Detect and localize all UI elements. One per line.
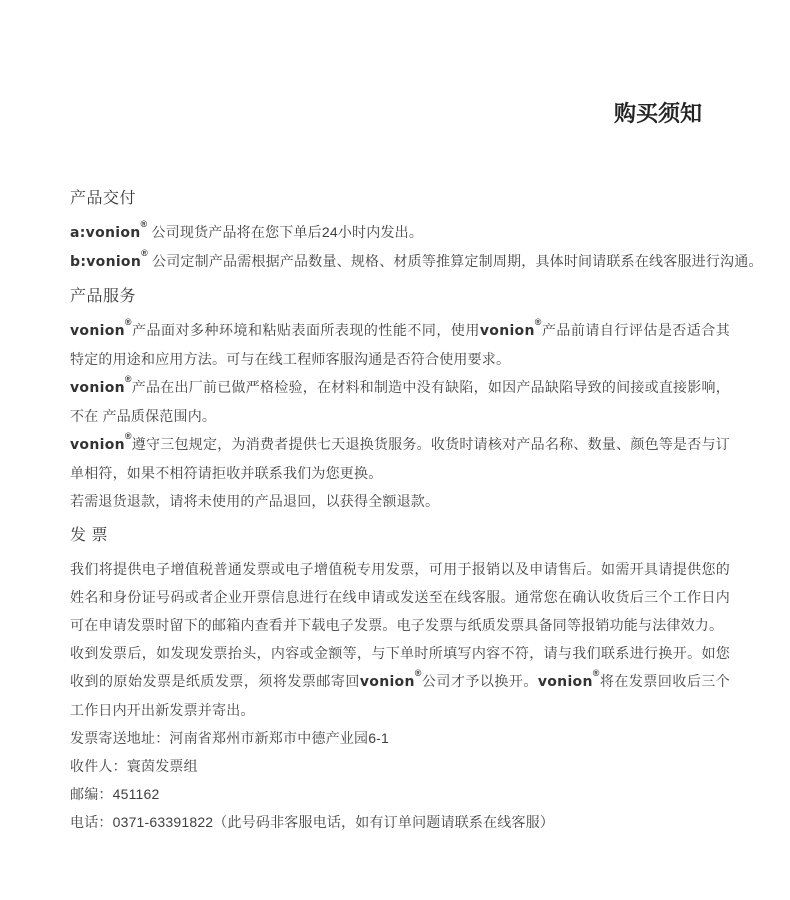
text-segment: 产品在出厂前已做严格检验，在材料和制造中没有缺陷，如因产品缺陷导致的间接或直接影… [70,379,730,424]
text-segment: 电话：0371-63391822（此号码非客服电话，如有订单问题请联系在线客服） [70,814,554,830]
brand-name: vonion [480,323,535,339]
brand-name: vonion [538,674,593,690]
registered-trademark-symbol: ® [535,317,542,327]
registered-trademark-symbol: ® [415,668,422,678]
purchase-notice-page: 购买须知 产品交付a:vonion® 公司现货产品将在您下单后24小时内发出。b… [0,0,790,900]
service-refund-note: 若需退货退款，请将未使用的产品退回，以获得全额退款。 [70,487,730,515]
service-quality-note: vonion®产品在出厂前已做严格检验，在材料和制造中没有缺陷，如因产品缺陷导致… [70,373,730,430]
brand-name: vonion [70,437,125,453]
text-segment: 若需退货退款，请将未使用的产品退回，以获得全额退款。 [70,493,439,509]
section-heading: 产品服务 [70,286,730,308]
section-heading: 发 票 [70,525,730,547]
brand-name: vonion [360,674,415,690]
brand-name: vonion [70,380,125,396]
text-segment: 邮编：451162 [70,786,159,802]
section-heading: 产品交付 [70,188,730,210]
brand-name: b:vonion [70,254,141,270]
brand-name: a:vonion [70,225,141,241]
registered-trademark-symbol: ® [125,374,132,384]
invoice-mailing-address: 发票寄送地址：河南省郑州市新郑市中德产业园6-1 [70,724,730,752]
text-segment: 遵守三包规定，为消费者提供七天退换货服务。收货时请核对产品名称、数量、颜色等是否… [70,436,730,481]
notice-content: 产品交付a:vonion® 公司现货产品将在您下单后24小时内发出。b:voni… [0,128,790,836]
registered-trademark-symbol: ® [141,219,148,229]
text-segment: 公司现货产品将在您下单后24小时内发出。 [147,224,423,240]
registered-trademark-symbol: ® [125,431,132,441]
text-segment: 我们将提供电子增值税普通发票或电子增值税专用发票，可用于报销以及申请售后。如需开… [70,561,730,633]
service-performance-note: vonion®产品面对多种环境和粘贴表面所表现的性能不同，使用vonion®产品… [70,316,730,373]
invoice-issuing-note: 我们将提供电子增值税普通发票或电子增值税专用发票，可用于报销以及申请售后。如需开… [70,555,730,639]
page-title: 购买须知 [0,0,790,128]
registered-trademark-symbol: ® [141,248,148,258]
text-segment: 公司定制产品需根据产品数量、规格、材质等推算定制周期，具体时间请联系在线客服进行… [148,253,763,269]
section-invoice: 发 票我们将提供电子增值税普通发票或电子增值税专用发票，可用于报销以及申请售后。… [70,525,730,836]
section-product-delivery: 产品交付a:vonion® 公司现货产品将在您下单后24小时内发出。b:voni… [70,188,730,276]
delivery-item-b: b:vonion® 公司定制产品需根据产品数量、规格、材质等推算定制周期，具体时… [70,247,730,276]
text-segment: 产品面对多种环境和粘贴表面所表现的性能不同，使用 [132,322,480,338]
text-segment: 收件人：寰茵发票组 [70,758,198,774]
text-segment: 发票寄送地址：河南省郑州市新郑市中德产业园6-1 [70,730,389,746]
registered-trademark-symbol: ® [125,317,132,327]
registered-trademark-symbol: ® [593,668,600,678]
invoice-recipient: 收件人：寰茵发票组 [70,752,730,780]
brand-name: vonion [70,323,125,339]
service-return-policy: vonion®遵守三包规定，为消费者提供七天退换货服务。收货时请核对产品名称、数… [70,430,730,487]
postal-code: 邮编：451162 [70,780,730,808]
invoice-exchange-note: 收到发票后，如发现发票抬头，内容或金额等，与下单时所填写内容不符，请与我们联系进… [70,639,730,724]
delivery-item-a: a:vonion® 公司现货产品将在您下单后24小时内发出。 [70,218,730,247]
phone-number: 电话：0371-63391822（此号码非客服电话，如有订单问题请联系在线客服） [70,808,730,836]
text-segment: 公司才予以换开。 [422,673,538,689]
section-product-service: 产品服务vonion®产品面对多种环境和粘贴表面所表现的性能不同，使用vonio… [70,286,730,515]
